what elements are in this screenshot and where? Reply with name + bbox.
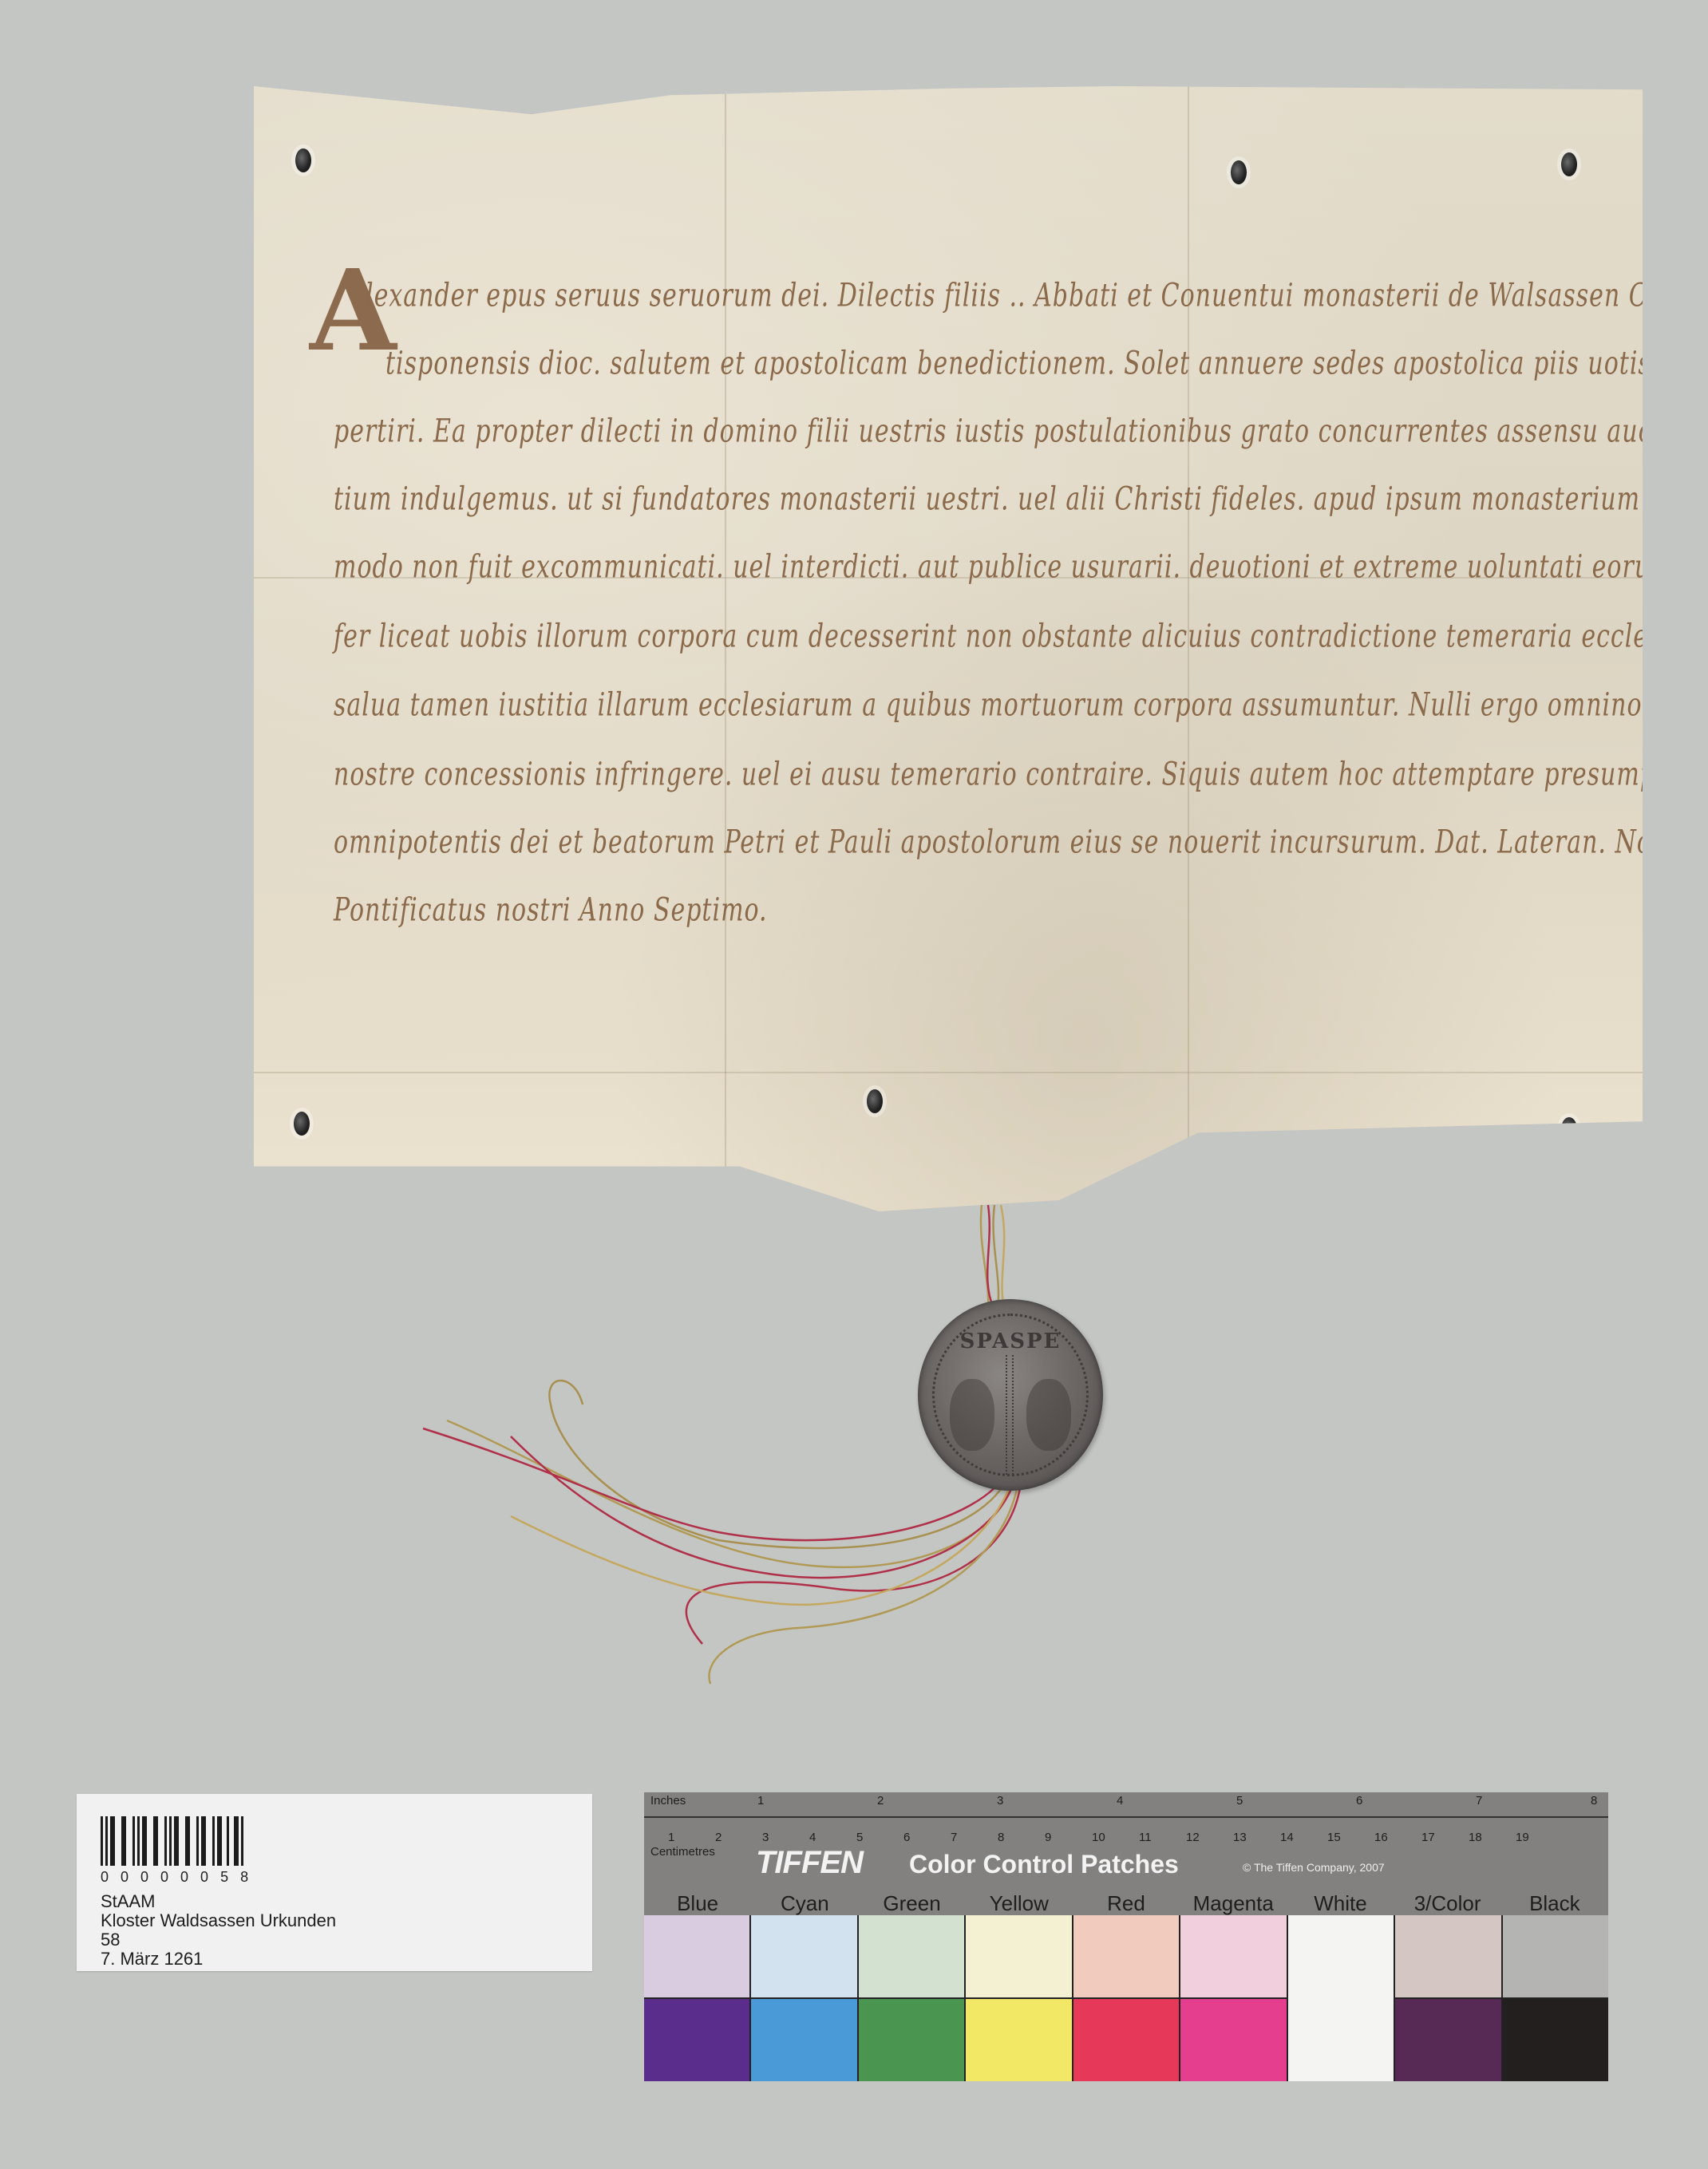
cm-tick: 14 bbox=[1280, 1831, 1294, 1844]
cm-tick: 2 bbox=[715, 1831, 722, 1844]
cm-tick: 8 bbox=[998, 1831, 1004, 1844]
seal-legend: SPASPE bbox=[918, 1329, 1103, 1353]
collection-name: Kloster Waldsassen Urkunden bbox=[101, 1910, 336, 1931]
ruler-inches: Inches 1 2 3 4 5 6 7 8 bbox=[644, 1792, 1608, 1818]
cm-tick: 10 bbox=[1092, 1831, 1105, 1844]
patch-red bbox=[1073, 1915, 1180, 2081]
barcode bbox=[101, 1816, 246, 1866]
inch-tick: 8 bbox=[1591, 1794, 1597, 1807]
inch-tick: 2 bbox=[877, 1794, 884, 1807]
cm-tick: 15 bbox=[1327, 1831, 1341, 1844]
patch-magenta bbox=[1180, 1915, 1287, 2081]
cm-tick: 12 bbox=[1186, 1831, 1200, 1844]
archive-name: StAAM bbox=[101, 1891, 155, 1912]
cm-tick: 16 bbox=[1374, 1831, 1388, 1844]
cm-tick: 11 bbox=[1139, 1831, 1152, 1844]
inch-tick: 5 bbox=[1236, 1794, 1243, 1807]
inch-tick: 3 bbox=[997, 1794, 1003, 1807]
tiffen-logo: TIFFEN bbox=[756, 1845, 863, 1881]
cm-tick: 6 bbox=[903, 1831, 910, 1844]
color-control-chart: Inches 1 2 3 4 5 6 7 8 1 2 3 4 5 6 7 8 9… bbox=[644, 1792, 1608, 1926]
patch-yellow bbox=[966, 1915, 1073, 2081]
patch-black bbox=[1503, 1915, 1608, 2081]
lead-bulla-seal: SPASPE bbox=[918, 1299, 1103, 1491]
document-date: 7. März 1261 bbox=[101, 1949, 203, 1969]
cm-tick: 17 bbox=[1421, 1831, 1435, 1844]
cm-tick: 18 bbox=[1469, 1831, 1482, 1844]
cm-tick: 5 bbox=[856, 1831, 863, 1844]
color-patches bbox=[644, 1915, 1608, 2081]
patch-blue bbox=[644, 1915, 751, 2081]
centimetres-label: Centimetres bbox=[650, 1845, 715, 1859]
inch-tick: 7 bbox=[1476, 1794, 1482, 1807]
cm-tick: 7 bbox=[951, 1831, 957, 1844]
seal-face-peter bbox=[1026, 1379, 1071, 1451]
chart-copyright: © The Tiffen Company, 2007 bbox=[1243, 1861, 1385, 1874]
cm-tick: 13 bbox=[1233, 1831, 1247, 1844]
patch-cyan bbox=[751, 1915, 858, 2081]
cm-tick: 1 bbox=[668, 1831, 674, 1844]
barcode-digits: 00000058 bbox=[101, 1869, 260, 1886]
cm-tick: 19 bbox=[1516, 1831, 1529, 1844]
archive-label: 00000058 StAAM Kloster Waldsassen Urkund… bbox=[77, 1794, 592, 1971]
inch-tick: 4 bbox=[1117, 1794, 1123, 1807]
cm-tick: 9 bbox=[1045, 1831, 1051, 1844]
inch-tick: 6 bbox=[1356, 1794, 1362, 1807]
chart-title: Color Control Patches bbox=[909, 1850, 1179, 1879]
document-number: 58 bbox=[101, 1930, 120, 1950]
cm-tick: 3 bbox=[762, 1831, 769, 1844]
inches-label: Inches bbox=[650, 1794, 686, 1807]
cm-tick: 4 bbox=[809, 1831, 816, 1844]
seal-cross-divider bbox=[1006, 1355, 1014, 1475]
inch-tick: 1 bbox=[757, 1794, 764, 1807]
patch-green bbox=[859, 1915, 966, 2081]
patch-3color bbox=[1395, 1915, 1502, 2081]
ruler-centimetres: 1 2 3 4 5 6 7 8 9 10 11 12 13 14 15 16 1… bbox=[644, 1818, 1608, 1847]
patch-white bbox=[1288, 1915, 1395, 2081]
seal-face-paul bbox=[950, 1379, 994, 1451]
